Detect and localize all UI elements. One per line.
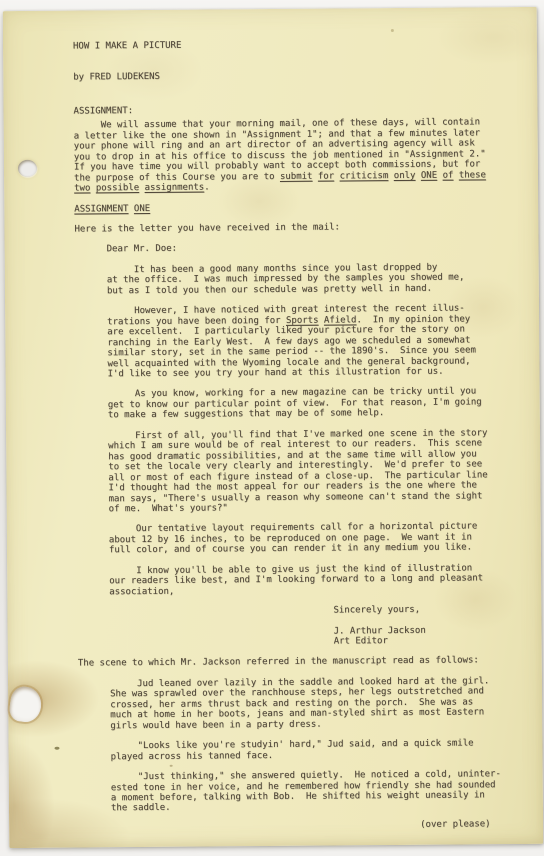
underlined-text: ONE (421, 170, 437, 180)
underlined-text: possible (96, 183, 139, 193)
letter-paragraph-2: However, I have noticed with great inter… (107, 303, 514, 379)
underlined-text: assignments (145, 183, 205, 193)
document-title: HOW I MAKE A PICTURE (73, 38, 511, 52)
manuscript-page: HOW I MAKE A PICTUREby FRED LUDEKENSASSI… (3, 7, 544, 848)
underlined-text: criticism (340, 171, 389, 181)
underlined-text: these (459, 170, 486, 180)
signature-closing: Sincerely yours, (333, 604, 515, 616)
underlined-text: Afield (324, 315, 357, 325)
assignment-one-heading: ASSIGNMENT ONE (74, 201, 512, 215)
punch-hole-top (18, 160, 37, 177)
letter-paragraph-6: I know you'll be able to give us just th… (109, 563, 515, 598)
manuscript-intro-line: The scene to which Mr. Jackson referred … (78, 656, 516, 670)
assignment-heading: ASSIGNMENT: (73, 103, 511, 117)
manuscript-paragraph-3: "Just thinking," she answered quietly. H… (111, 769, 517, 814)
letter-paragraph-1: It has been a good many months since you… (107, 262, 513, 297)
underlined-text: two (74, 184, 90, 194)
ink-speck (391, 29, 394, 32)
underlined-text: for (318, 171, 334, 181)
over-please-note: (over please) (420, 819, 517, 830)
letter-paragraph-4: First of all, you'll find that I've mark… (108, 428, 515, 515)
underlined-text: submit (280, 171, 313, 181)
underlined-text: only (394, 170, 416, 180)
letter-paragraph-3: As you know, working for a new magazine … (108, 387, 514, 422)
photo-background: HOW I MAKE A PICTUREby FRED LUDEKENSASSI… (0, 0, 544, 856)
typewritten-content: HOW I MAKE A PICTUREby FRED LUDEKENSASSI… (73, 38, 517, 843)
letter-paragraph-5: Our tentative layout requirements call f… (109, 522, 515, 557)
underlined-text: ONE (134, 203, 150, 213)
underlined-text: of (443, 170, 454, 180)
underlined-text: Sports (286, 315, 319, 325)
letter-intro-line: Here is the letter you have received in … (74, 221, 512, 235)
manuscript-paragraph-2: "Looks like you're studyin' hard," Jud s… (110, 738, 516, 762)
punch-hole-torn-bottom (8, 685, 43, 724)
manuscript-paragraph-1: Jud leaned over lazily in the saddle and… (110, 676, 516, 731)
byline: by FRED LUDEKENS (73, 70, 511, 84)
ink-speck (55, 747, 60, 750)
signature-name-title: J. Arthur JacksonArt Editor (334, 625, 516, 647)
underlined-text: ASSIGNMENT (74, 204, 128, 214)
assignment-intro-paragraph: We will assume that your morning mail, o… (74, 117, 513, 194)
letter-salutation: Dear Mr. Doe: (107, 242, 513, 256)
